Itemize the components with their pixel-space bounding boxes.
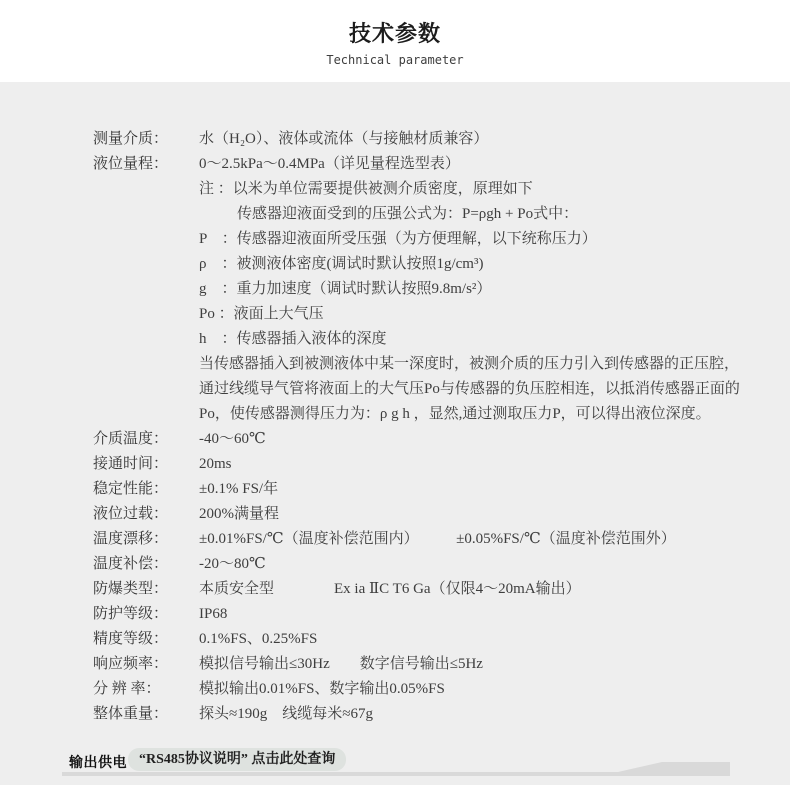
- spec-value: P ：传感器迎液面所受压强（为方便理解，以下统称压力）: [199, 227, 770, 252]
- spec-row: 精度等级：0.1%FS、0.25%FS: [93, 627, 770, 652]
- spec-label: 接通时间：: [93, 452, 199, 477]
- spec-value: 模拟信号输出≤30Hz 数字信号输出≤5Hz: [199, 652, 770, 677]
- spec-label: 防护等级：: [93, 602, 199, 627]
- spec-label: [93, 352, 199, 377]
- spec-row: 响应频率：模拟信号输出≤30Hz 数字信号输出≤5Hz: [93, 652, 770, 677]
- spec-label: 测量介质：: [93, 127, 199, 152]
- spec-value: IP68: [199, 602, 770, 627]
- spec-row: 温度补偿：-20～80℃: [93, 552, 770, 577]
- spec-row: 防护等级：IP68: [93, 602, 770, 627]
- spec-label: 分 辨 率：: [93, 677, 199, 702]
- spec-label: [93, 377, 199, 402]
- spec-row: 稳定性能：±0.1% FS/年: [93, 477, 770, 502]
- spec-row: 介质温度：-40～60℃: [93, 427, 770, 452]
- spec-row: 液位量程：0～2.5kPa～0.4MPa（详见量程选型表）: [93, 152, 770, 177]
- spec-label: 温度漂移：: [93, 527, 199, 552]
- spec-label: 介质温度：: [93, 427, 199, 452]
- spec-label: 防爆类型：: [93, 577, 199, 602]
- spec-value: 当传感器插入到被测液体中某一深度时，被测介质的压力引入到传感器的正压腔，: [199, 352, 770, 377]
- spec-label: 稳定性能：: [93, 477, 199, 502]
- spec-value: -20～80℃: [199, 552, 770, 577]
- spec-row: 注 ：以米为单位需要提供被测介质密度，原理如下: [93, 177, 770, 202]
- spec-value: ±0.1% FS/年: [199, 477, 770, 502]
- spec-label: [93, 202, 199, 227]
- rs485-protocol-link[interactable]: “RS485协议说明” 点击此处查询: [128, 748, 346, 771]
- spec-row: 通过线缆导气管将液面上的大气压Po与传感器的负压腔相连，以抵消传感器正面的: [93, 377, 770, 402]
- spec-row: 液位过载：200%满量程: [93, 502, 770, 527]
- spec-row: 温度漂移：±0.01%FS/℃（温度补偿范围内） ±0.05%FS/℃（温度补偿…: [93, 527, 770, 552]
- spec-label: [93, 327, 199, 352]
- spec-list: 测量介质：水（H₂O）、液体或流体（与接触材质兼容） 液位量程：0～2.5kPa…: [0, 82, 790, 727]
- technical-parameter-page: 技术参数 Technical parameter 测量介质：水（H₂O）、液体或…: [0, 0, 790, 785]
- spec-row: P ：传感器迎液面所受压强（为方便理解，以下统称压力）: [93, 227, 770, 252]
- spec-value: g ：重力加速度（调试时默认按照9.8m/s²）: [199, 277, 770, 302]
- spec-label: [93, 402, 199, 427]
- spec-label: [93, 227, 199, 252]
- spec-row: 测量介质：水（H₂O）、液体或流体（与接触材质兼容）: [93, 127, 770, 152]
- output-power-label: 输出供电: [69, 752, 127, 772]
- spec-value: ±0.01%FS/℃（温度补偿范围内） ±0.05%FS/℃（温度补偿范围外）: [199, 527, 770, 552]
- spec-value: 传感器迎液面受到的压强公式为：P=ρgh + Po式中：: [199, 202, 770, 227]
- page-subtitle: Technical parameter: [0, 53, 790, 67]
- spec-value: 0～2.5kPa～0.4MPa（详见量程选型表）: [199, 152, 770, 177]
- spec-value: 模拟输出0.01%FS、数字输出0.05%FS: [199, 677, 770, 702]
- spec-row: 当传感器插入到被测液体中某一深度时，被测介质的压力引入到传感器的正压腔，: [93, 352, 770, 377]
- spec-row: 接通时间：20ms: [93, 452, 770, 477]
- spec-row: Po ：液面上大气压: [93, 302, 770, 327]
- spec-value: Po，使传感器测得压力为：ρ g h ，显然,通过测取压力P，可以得出液位深度。: [199, 402, 770, 427]
- spec-label: [93, 177, 199, 202]
- spec-value: 20ms: [199, 452, 770, 477]
- spec-value: 探头≈190g 线缆每米≈67g: [199, 702, 770, 727]
- spec-row: h ：传感器插入液体的深度: [93, 327, 770, 352]
- spec-label: [93, 302, 199, 327]
- spec-row: Po，使传感器测得压力为：ρ g h ，显然,通过测取压力P，可以得出液位深度。: [93, 402, 770, 427]
- spec-value: 0.1%FS、0.25%FS: [199, 627, 770, 652]
- spec-value: 通过线缆导气管将液面上的大气压Po与传感器的负压腔相连，以抵消传感器正面的: [199, 377, 770, 402]
- page-title: 技术参数: [0, 0, 790, 48]
- spec-value: 本质安全型 Ex ia ⅡC T6 Ga（仅限4～20mA输出）: [199, 577, 770, 602]
- spec-row: 整体重量：探头≈190g 线缆每米≈67g: [93, 702, 770, 727]
- spec-label: [93, 252, 199, 277]
- spec-label: 温度补偿：: [93, 552, 199, 577]
- spec-value: 注 ：以米为单位需要提供被测介质密度，原理如下: [199, 177, 770, 202]
- spec-row: 防爆类型：本质安全型 Ex ia ⅡC T6 Ga（仅限4～20mA输出）: [93, 577, 770, 602]
- spec-label: 液位量程：: [93, 152, 199, 177]
- spec-label: 响应频率：: [93, 652, 199, 677]
- spec-value: Po ：液面上大气压: [199, 302, 770, 327]
- spec-label: 液位过载：: [93, 502, 199, 527]
- spec-value: 水（H₂O）、液体或流体（与接触材质兼容）: [199, 127, 770, 152]
- spec-row: 传感器迎液面受到的压强公式为：P=ρgh + Po式中：: [93, 202, 770, 227]
- spec-row: g ：重力加速度（调试时默认按照9.8m/s²）: [93, 277, 770, 302]
- spec-row: ρ ：被测液体密度(调试时默认按照1g/cm³): [93, 252, 770, 277]
- spec-label: 精度等级：: [93, 627, 199, 652]
- spec-row: 分 辨 率：模拟输出0.01%FS、数字输出0.05%FS: [93, 677, 770, 702]
- spec-value: 200%满量程: [199, 502, 770, 527]
- spec-label: 整体重量：: [93, 702, 199, 727]
- spec-label: [93, 277, 199, 302]
- spec-value: ρ ：被测液体密度(调试时默认按照1g/cm³): [199, 252, 770, 277]
- page-header: 技术参数 Technical parameter: [0, 0, 790, 82]
- spec-value: h ：传感器插入液体的深度: [199, 327, 770, 352]
- spec-value: -40～60℃: [199, 427, 770, 452]
